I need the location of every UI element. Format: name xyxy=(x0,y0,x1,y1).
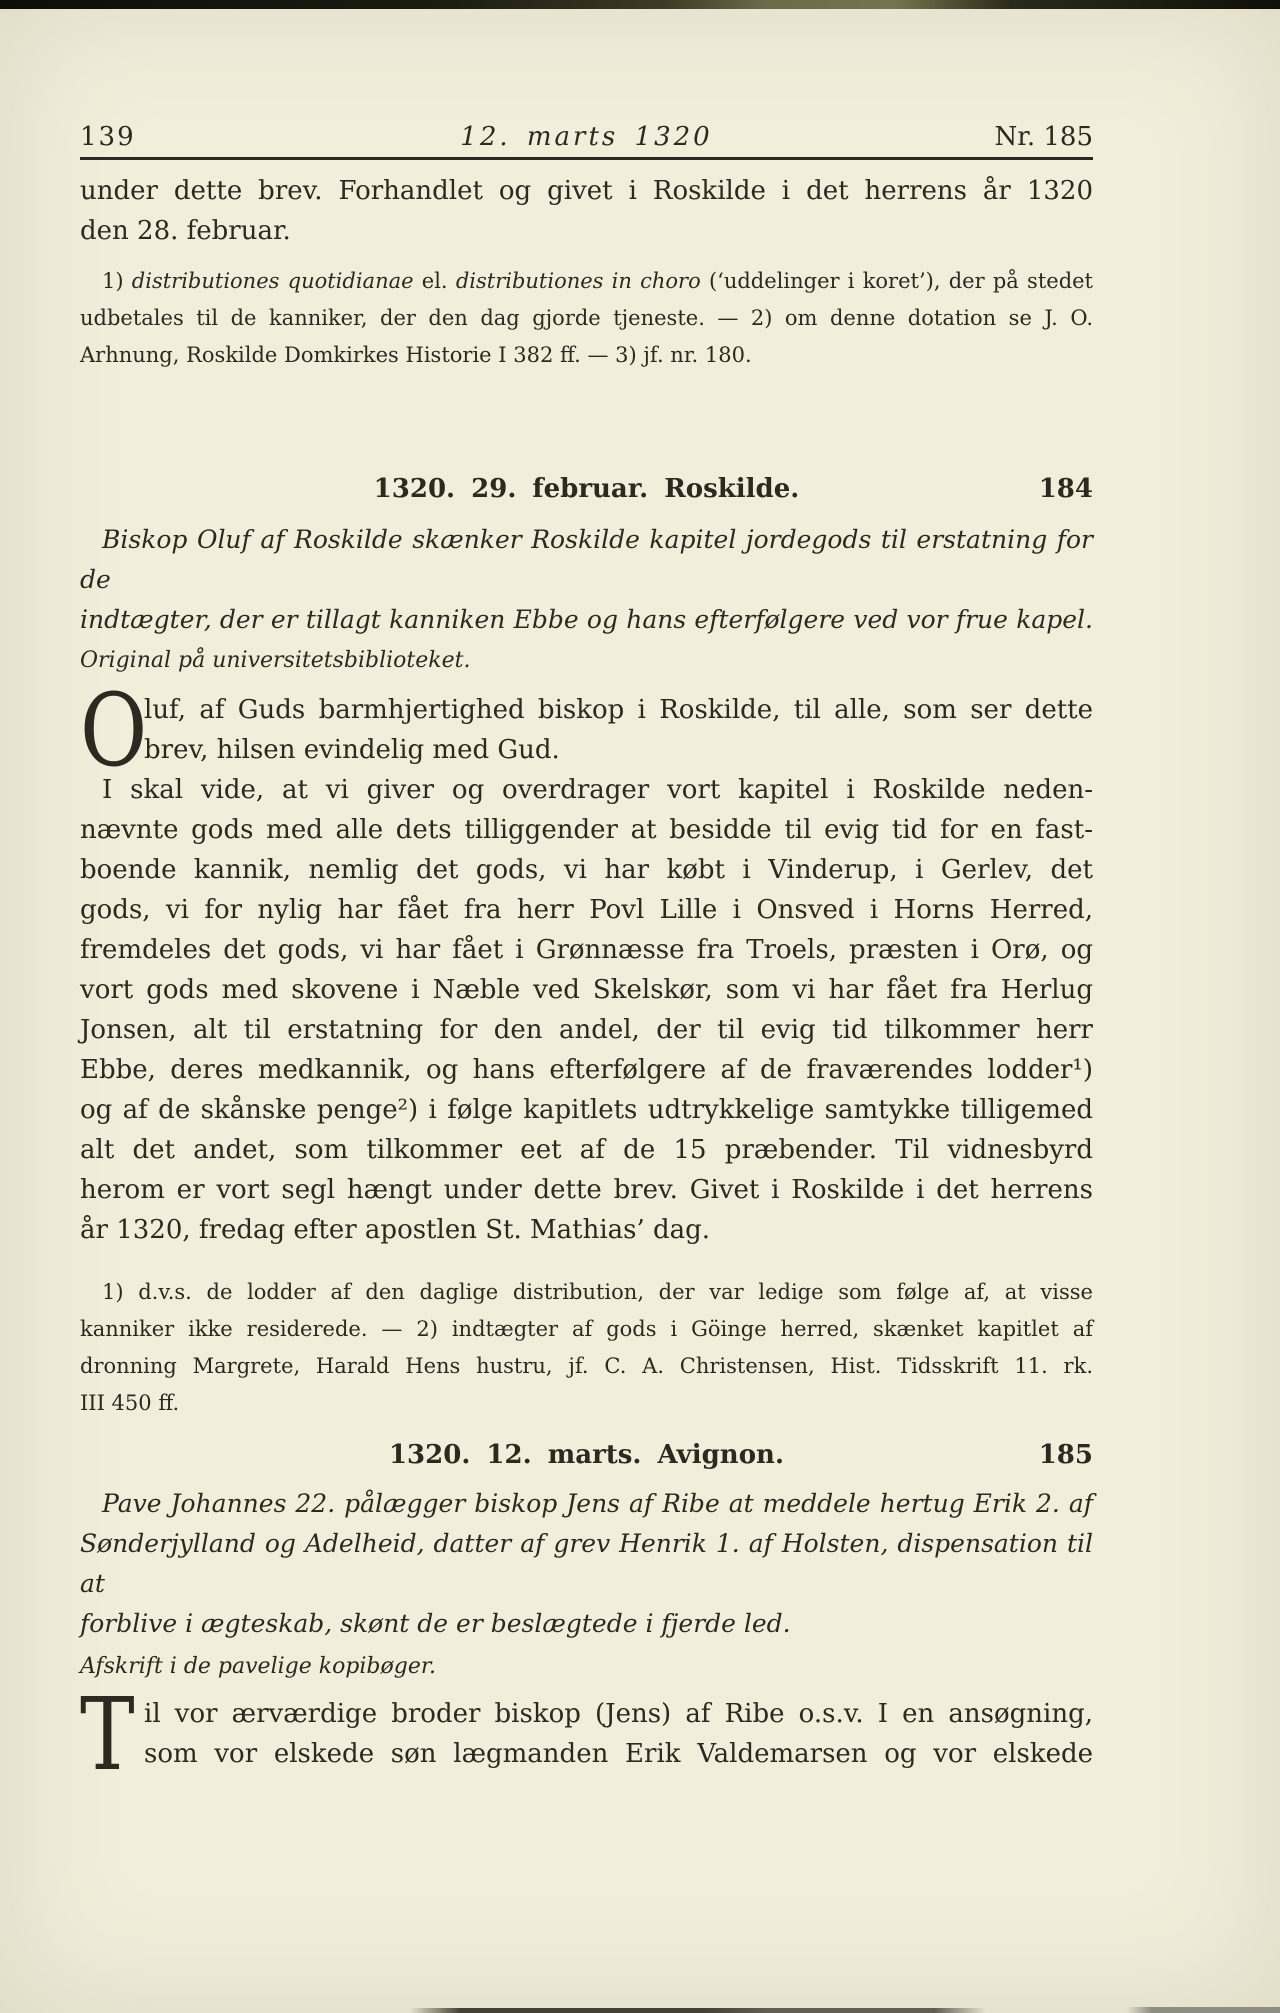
text-line: boende kannik, nemlig det gods, vi har k… xyxy=(80,850,1093,890)
text-line: 1) d.v.s. de lodder af den daglige distr… xyxy=(80,1274,1093,1311)
entry-184-heading-row: 1320. 29. februar. Roskilde. 184 xyxy=(80,470,1093,508)
entry-185-heading-row: 1320. 12. marts. Avignon. 185 xyxy=(80,1436,1093,1474)
text-segment: el. xyxy=(414,269,456,293)
text-line: under dette brev. Forhandlet og givet i … xyxy=(80,171,1093,211)
text-line: år 1320, fredag efter apostlen St. Mathi… xyxy=(80,1210,1093,1250)
footnote-block-top: 1) distributiones quotidianae el. distri… xyxy=(80,263,1093,374)
page-content: 139 12. marts 1320 Nr. 185 under dette b… xyxy=(80,0,1093,1774)
text-line: Jonsen, alt til erstatning for den andel… xyxy=(80,1010,1093,1050)
text-line: dronning Margrete, Harald Hens hustru, j… xyxy=(80,1348,1093,1385)
drop-cap-initial-t: T xyxy=(80,1694,132,1774)
text-line: kanniker ikke residerede. — 2) indtægter… xyxy=(80,1311,1093,1348)
text-line: og af de skånske penge²) i følge kapitle… xyxy=(80,1090,1093,1130)
text-line: brev, hilsen evindelig med Gud. xyxy=(80,730,1093,770)
page-header: 139 12. marts 1320 Nr. 185 xyxy=(80,119,1093,155)
text-line: forblive i ægteskab, skønt de er beslægt… xyxy=(80,1604,1093,1644)
text-line: Sønderjylland og Adelheid, datter af gre… xyxy=(80,1524,1093,1604)
header-rule xyxy=(80,157,1093,160)
text-line: som vor elskede søn lægmanden Erik Valde… xyxy=(80,1734,1093,1774)
running-title: 12. marts 1320 xyxy=(80,119,1093,155)
entry-184-number: 184 xyxy=(1039,470,1093,508)
text-line: vort gods med skovene i Næble ved Skelsk… xyxy=(80,970,1093,1010)
entry-185-opening-paragraph: T il vor ærværdige broder biskop (Jens) … xyxy=(80,1694,1093,1774)
drop-cap-initial-o: O xyxy=(80,690,132,770)
entry-184-source-note: Original på universitetsbiblioteket. xyxy=(80,646,1093,676)
header-entry-ref: Nr. 185 xyxy=(995,119,1093,155)
text-line: den 28. februar. xyxy=(80,211,1093,251)
text-line: herom er vort segl hængt under dette bre… xyxy=(80,1170,1093,1210)
text-line: nævnte gods med alle dets tilliggender a… xyxy=(80,810,1093,850)
text-line: I skal vide, at vi giver og overdrager v… xyxy=(80,770,1093,810)
text-line: il vor ærværdige broder biskop (Jens) af… xyxy=(80,1694,1093,1734)
text-line: fremdeles det gods, vi har fået i Grønnæ… xyxy=(80,930,1093,970)
entry-185-summary: Pave Johannes 22. pålægger biskop Jens a… xyxy=(80,1484,1093,1644)
continuation-paragraph: under dette brev. Forhandlet og givet i … xyxy=(80,171,1093,251)
text-line: Ebbe, deres medkannik, og hans efterfølg… xyxy=(80,1050,1093,1090)
latin-italic-text: distributiones in choro xyxy=(456,269,701,293)
scanned-book-page: 139 12. marts 1320 Nr. 185 under dette b… xyxy=(0,0,1280,2013)
scan-edge-artifact-bottom xyxy=(0,2006,1280,2013)
latin-italic-text: distributiones quotidianae xyxy=(132,269,414,293)
text-line: indtægter, der er tillagt kanniken Ebbe … xyxy=(80,600,1093,640)
text-line: gods, vi for nylig har fået fra herr Pov… xyxy=(80,890,1093,930)
text-segment: 1) xyxy=(102,269,132,293)
entry-184-opening-paragraph: O luf, af Guds barmhjertighed biskop i R… xyxy=(80,690,1093,770)
text-line: alt det andet, som tilkommer eet af de 1… xyxy=(80,1130,1093,1170)
text-line: Pave Johannes 22. pålægger biskop Jens a… xyxy=(80,1484,1093,1524)
text-line: Arhnung, Roskilde Domkirkes Historie I 3… xyxy=(80,337,1093,374)
entry-184-heading: 1320. 29. februar. Roskilde. xyxy=(374,474,800,504)
entry-184-main-paragraph: I skal vide, at vi giver og overdrager v… xyxy=(80,770,1093,1250)
text-segment: (‘uddelinger i koret’), der på stedet xyxy=(701,269,1093,293)
text-line: III 450 ff. xyxy=(80,1385,1093,1422)
text-line: Biskop Oluf af Roskilde skænker Roskilde… xyxy=(80,520,1093,600)
text-line: luf, af Guds barmhjertighed biskop i Ros… xyxy=(80,690,1093,730)
entry-185-source-note: Afskrift i de pavelige kopibøger. xyxy=(80,1652,1093,1682)
text-line: 1) distributiones quotidianae el. distri… xyxy=(80,263,1093,300)
text-line: udbetales til de kanniker, der den dag g… xyxy=(80,300,1093,337)
entry-185-heading: 1320. 12. marts. Avignon. xyxy=(389,1440,784,1470)
entry-185-number: 185 xyxy=(1039,1436,1093,1474)
footnote-block-entry-184: 1) d.v.s. de lodder af den daglige distr… xyxy=(80,1274,1093,1422)
entry-184-summary: Biskop Oluf af Roskilde skænker Roskilde… xyxy=(80,520,1093,640)
